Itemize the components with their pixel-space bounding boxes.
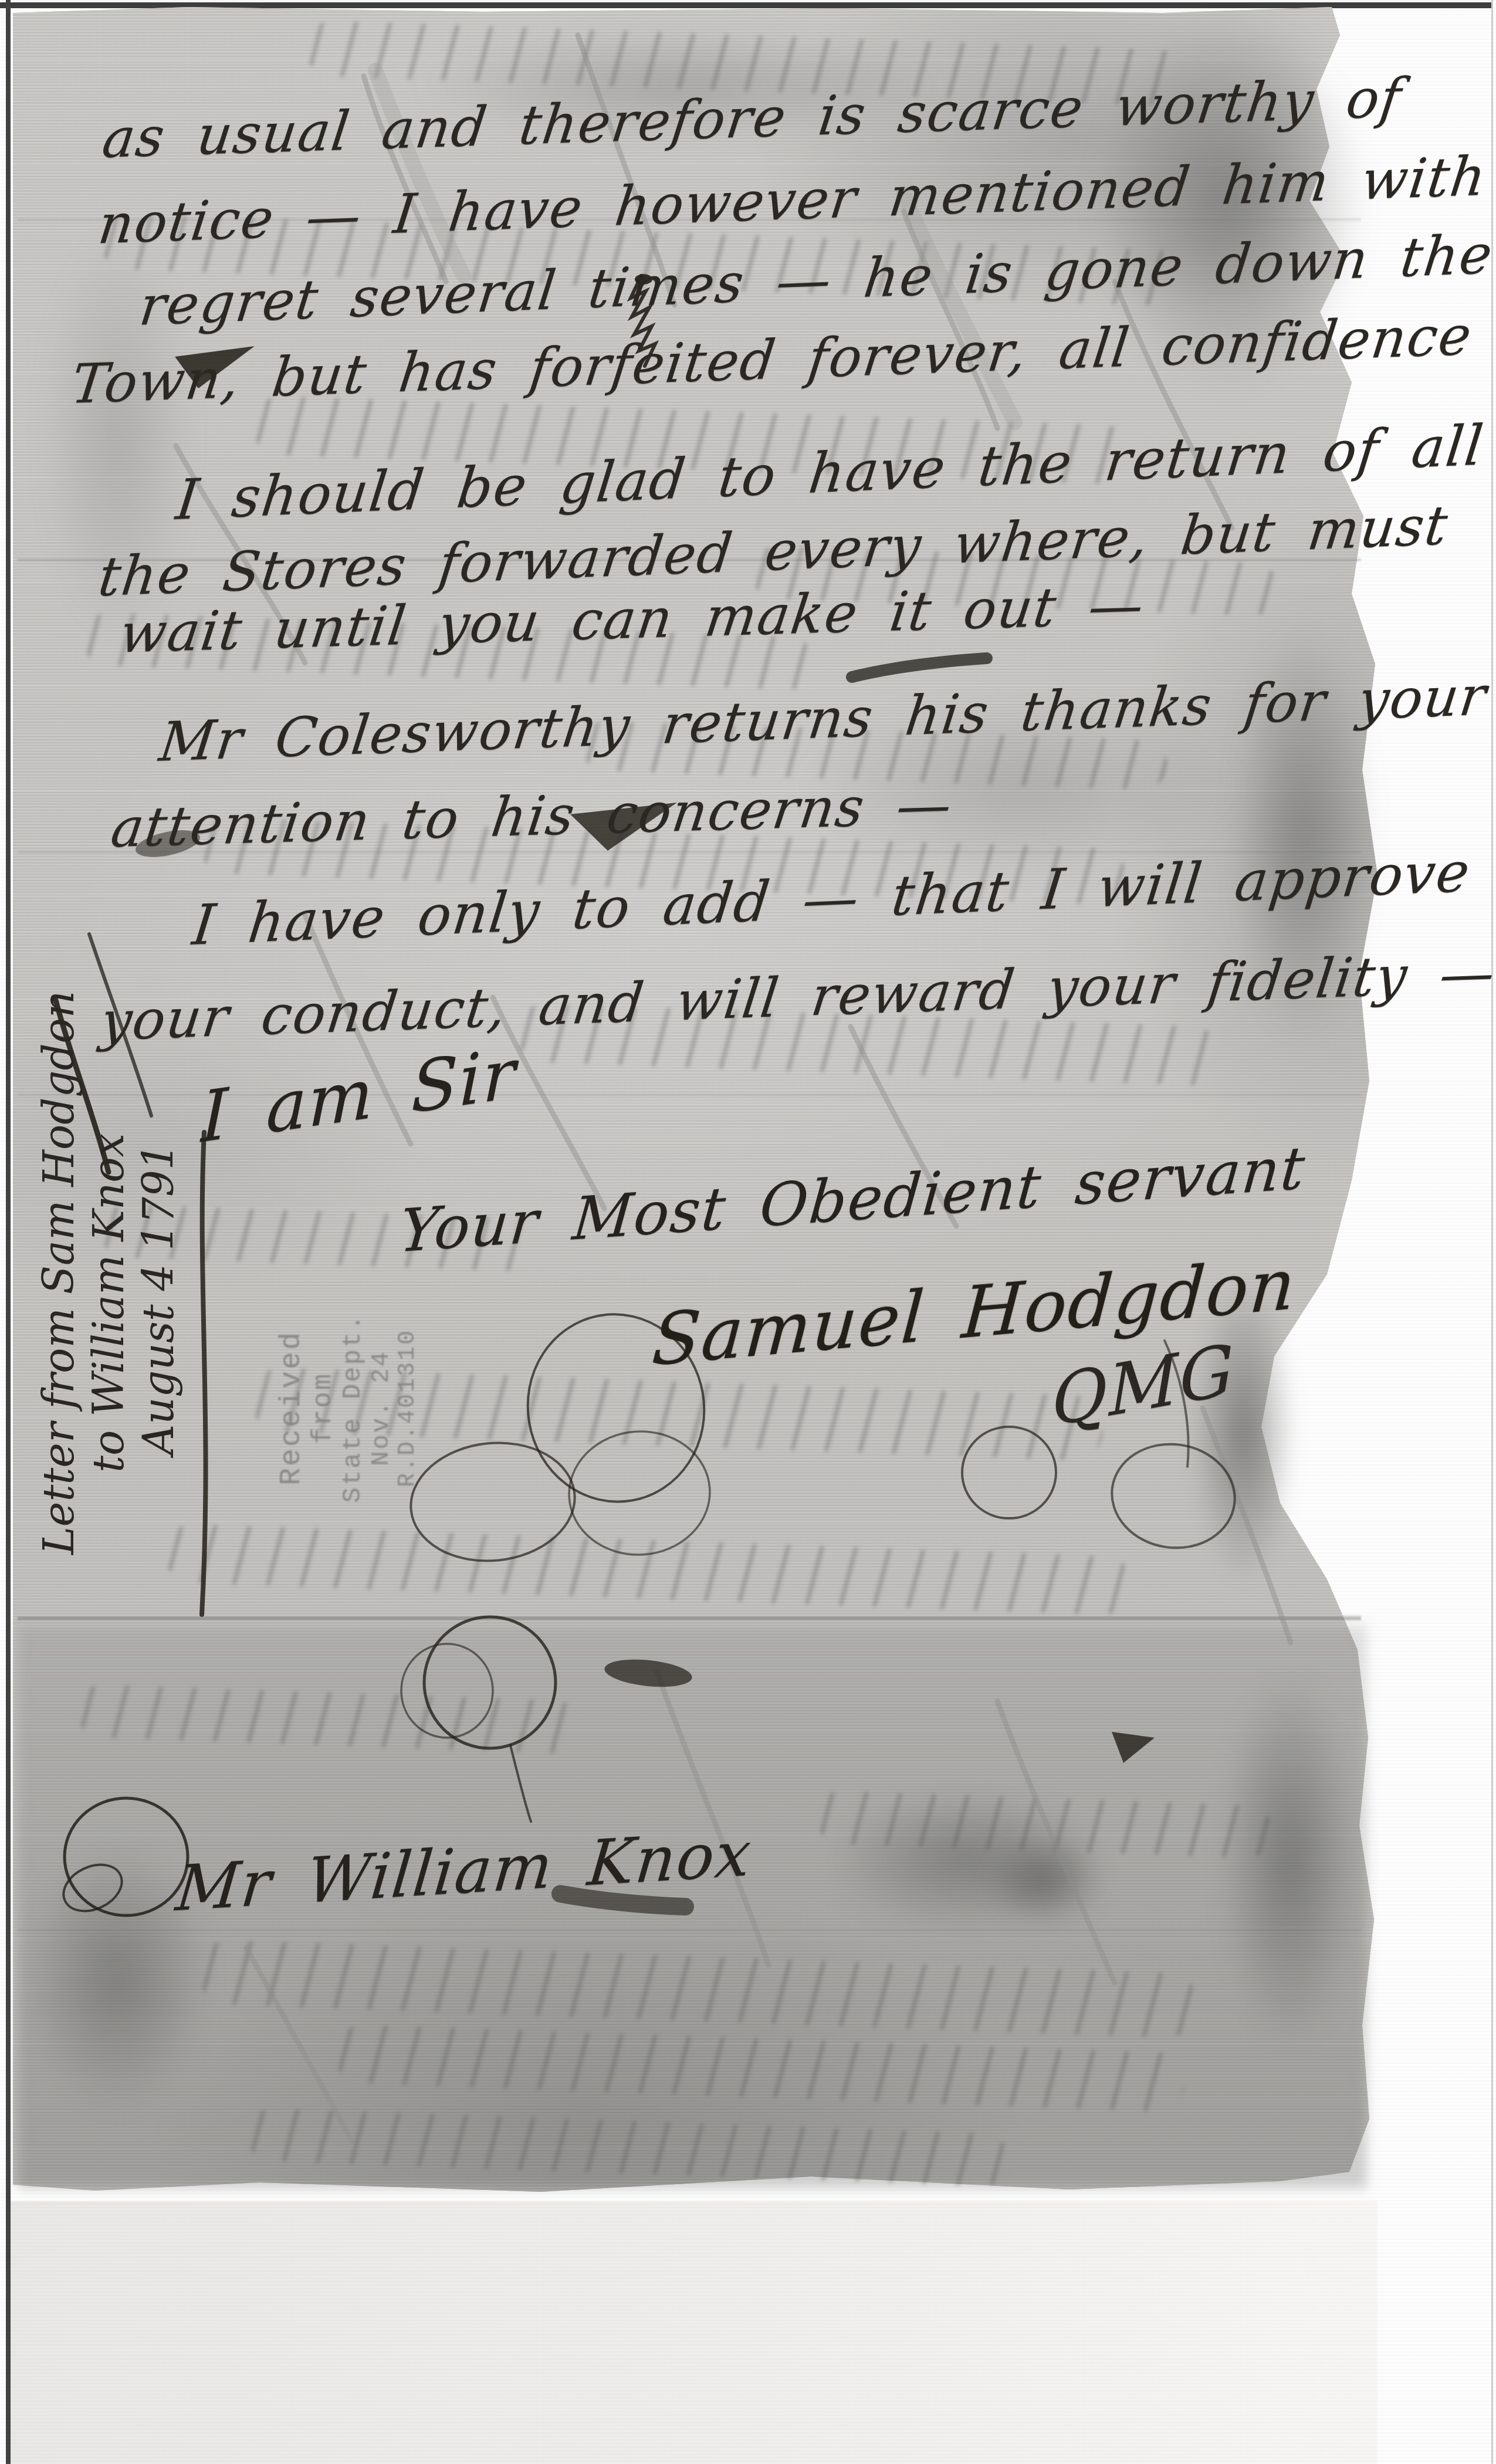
docket-line: August 4 1791: [134, 1085, 184, 1455]
stamp-line: Received: [276, 1297, 309, 1519]
stamp-line: from: [309, 1297, 339, 1519]
archive-stamp: Received from State Dept. Nov. 24 R.D.40…: [276, 1297, 422, 1519]
stamp-line: Nov. 24: [368, 1297, 395, 1519]
scan-border-top: [0, 2, 1492, 8]
docket-line: to William Knox: [84, 1085, 134, 1473]
stamp-line: State Dept.: [339, 1297, 368, 1519]
stamp-line: R.D.401310: [395, 1297, 422, 1519]
scanner-background-strip: [11, 2201, 1377, 2464]
scan-border-left: [6, 0, 11, 2464]
document-scan: as usual and therefore is scarce worthy …: [0, 0, 1496, 2464]
docket-annotation: Letter from Sam Hodgdon to William Knox …: [34, 1085, 198, 1555]
docket-line: Letter from Sam Hodgdon: [34, 1085, 84, 1555]
scan-border-right: [1491, 0, 1493, 2464]
